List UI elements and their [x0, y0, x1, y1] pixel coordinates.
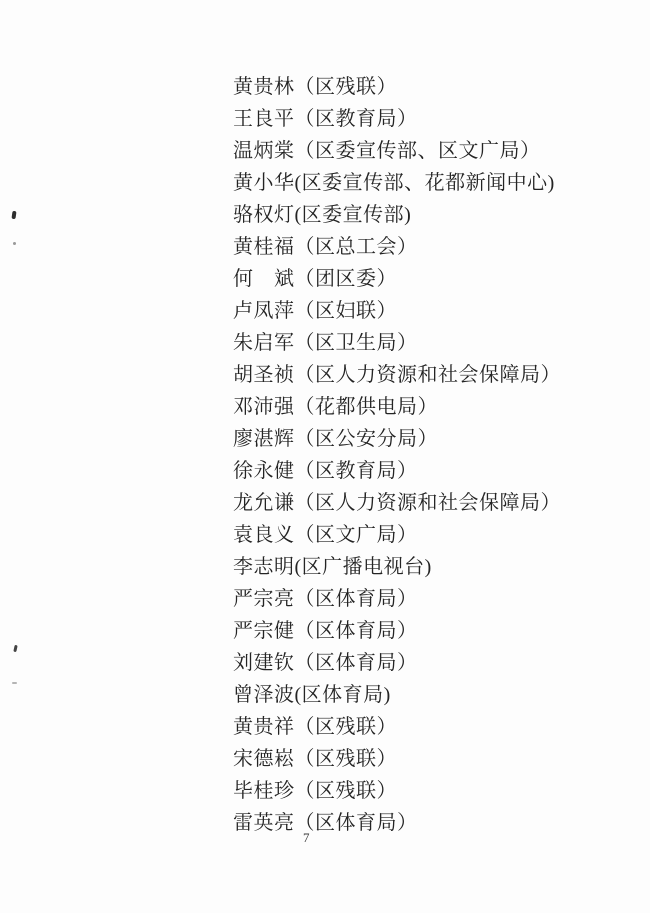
list-item: 徐永健（区教育局） [233, 455, 561, 487]
page-number: 7 [303, 830, 310, 846]
list-item: 王良平（区教育局） [233, 103, 561, 135]
scan-speck [12, 682, 17, 684]
name-list: 黄贵林（区残联）王良平（区教育局）温炳棠（区委宣传部、区文广局）黄小华(区委宣传… [233, 71, 561, 839]
list-item: 邓沛强（花都供电局） [233, 391, 561, 423]
list-item: 刘建钦（区体育局） [233, 647, 561, 679]
list-item: 曾泽波(区体育局) [233, 679, 561, 711]
list-item: 黄贵祥（区残联） [233, 711, 561, 743]
document-page: 黄贵林（区残联）王良平（区教育局）温炳棠（区委宣传部、区文广局）黄小华(区委宣传… [0, 0, 650, 913]
list-item: 严宗亮（区体育局） [233, 583, 561, 615]
list-item: 雷英亮（区体育局） [233, 807, 561, 839]
list-item: 骆权灯(区委宣传部) [233, 199, 561, 231]
list-item: 何 斌（团区委） [233, 263, 561, 295]
list-item: 严宗健（区体育局） [233, 615, 561, 647]
scan-speck [13, 242, 16, 245]
list-item: 胡圣祯（区人力资源和社会保障局） [233, 359, 561, 391]
scan-speck [13, 645, 17, 652]
list-item: 龙允谦（区人力资源和社会保障局） [233, 487, 561, 519]
list-item: 黄小华(区委宣传部、花都新闻中心) [233, 167, 561, 199]
list-item: 李志明(区广播电视台) [233, 551, 561, 583]
list-item: 卢凤萍（区妇联） [233, 295, 561, 327]
list-item: 黄贵林（区残联） [233, 71, 561, 103]
scan-speck [11, 211, 16, 219]
list-item: 黄桂福（区总工会） [233, 231, 561, 263]
list-item: 温炳棠（区委宣传部、区文广局） [233, 135, 561, 167]
list-item: 廖湛辉（区公安分局） [233, 423, 561, 455]
list-item: 袁良义（区文广局） [233, 519, 561, 551]
list-item: 毕桂珍（区残联） [233, 775, 561, 807]
list-item: 朱启军（区卫生局） [233, 327, 561, 359]
list-item: 宋德崧（区残联） [233, 743, 561, 775]
